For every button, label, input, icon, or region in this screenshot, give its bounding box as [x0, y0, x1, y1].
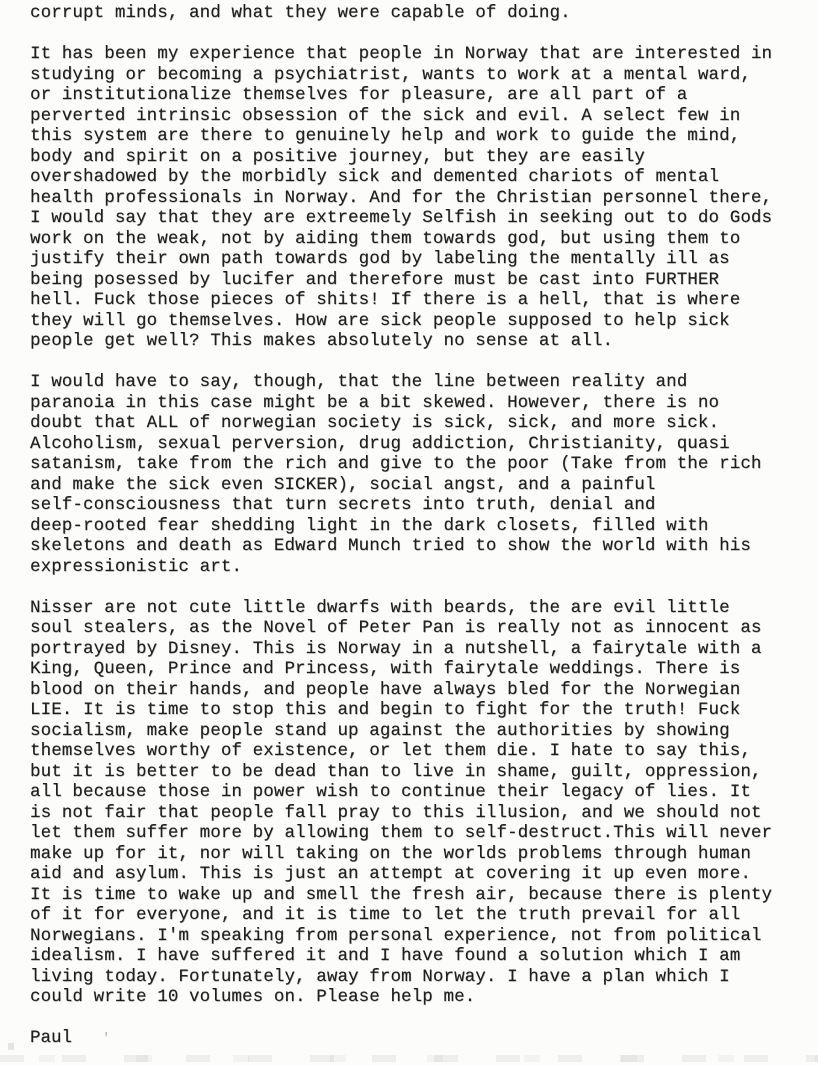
text-line: all because those in power wish to conti…	[30, 782, 812, 803]
text-line: I would say that they are extreemely Sel…	[30, 208, 812, 229]
text-line: King, Queen, Prince and Princess, with f…	[30, 659, 812, 680]
document-body: corrupt minds, and what they were capabl…	[30, 3, 812, 1050]
signature: Paul	[30, 1028, 72, 1048]
text-line: is not fair that people fall pray to thi…	[30, 803, 812, 824]
text-line: but it is better to be dead than to live…	[30, 762, 812, 783]
text-line: Norwegians. I'm speaking from personal e…	[30, 926, 812, 947]
text-line: overshadowed by the morbidly sick and de…	[30, 167, 812, 188]
text-line: I would have to say, though, that the li…	[30, 372, 812, 393]
text-line: themselves worthy of existence, or let t…	[30, 741, 812, 762]
text-line: aid and asylum. This is just an attempt …	[30, 864, 812, 885]
text-line: LIE. It is time to stop this and begin t…	[30, 700, 812, 721]
text-line: of it for everyone, and it is time to le…	[30, 905, 812, 926]
text-line: justify their own path towards god by la…	[30, 249, 812, 270]
text-line: perverted intrinsic obsession of the sic…	[30, 106, 812, 127]
text-line: It is time to wake up and smell the fres…	[30, 885, 812, 906]
text-line: could write 10 volumes on. Please help m…	[30, 987, 812, 1008]
text-line: being posessed by lucifer and therefore …	[30, 270, 812, 291]
text-line: they will go themselves. How are sick pe…	[30, 311, 812, 332]
text-line: and make the sick even SICKER), social a…	[30, 475, 812, 496]
text-line: soul stealers, as the Novel of Peter Pan…	[30, 618, 812, 639]
text-line: It has been my experience that people in…	[30, 44, 812, 65]
text-line: expressionistic art.	[30, 557, 812, 578]
paragraph: It has been my experience that people in…	[30, 44, 812, 352]
text-line: let them suffer more by allowing them to…	[30, 823, 812, 844]
paragraph: corrupt minds, and what they were capabl…	[30, 3, 812, 24]
text-line: paranoia in this case might be a bit ske…	[30, 393, 812, 414]
scan-mark: '	[102, 1029, 110, 1050]
signature-row: Paul'	[30, 1028, 812, 1050]
text-line: or institutionalize themselves for pleas…	[30, 85, 812, 106]
text-line: living today. Fortunately, away from Nor…	[30, 967, 812, 988]
text-line: socialism, make people stand up against …	[30, 721, 812, 742]
text-line: make up for it, nor will taking on the w…	[30, 844, 812, 865]
text-line: this system are there to genuinely help …	[30, 126, 812, 147]
paragraphs-container: corrupt minds, and what they were capabl…	[30, 3, 812, 1008]
text-line: body and spirit on a positive journey, b…	[30, 147, 812, 168]
paragraph: I would have to say, though, that the li…	[30, 372, 812, 577]
scanned-letter-page: corrupt minds, and what they were capabl…	[0, 0, 818, 1065]
scan-artifact-strip	[0, 1055, 818, 1062]
text-line: work on the weak, not by aiding them tow…	[30, 229, 812, 250]
text-line: self-consciousness that turn secrets int…	[30, 495, 812, 516]
text-line: portrayed by Disney. This is Norway in a…	[30, 639, 812, 660]
text-line: corrupt minds, and what they were capabl…	[30, 3, 812, 24]
text-line: health professionals in Norway. And for …	[30, 188, 812, 209]
text-line: people get well? This makes absolutely n…	[30, 331, 812, 352]
text-line: satanism, take from the rich and give to…	[30, 454, 812, 475]
text-line: deep-rooted fear shedding light in the d…	[30, 516, 812, 537]
text-line: blood on their hands, and people have al…	[30, 680, 812, 701]
text-line: idealism. I have suffered it and I have …	[30, 946, 812, 967]
paragraph: Nisser are not cute little dwarfs with b…	[30, 598, 812, 1008]
text-line: doubt that ALL of norwegian society is s…	[30, 413, 812, 434]
text-line: Alcoholism, sexual perversion, drug addi…	[30, 434, 812, 455]
text-line: hell. Fuck those pieces of shits! If the…	[30, 290, 812, 311]
text-line: skeletons and death as Edward Munch trie…	[30, 536, 812, 557]
text-line: studying or becoming a psychiatrist, wan…	[30, 65, 812, 86]
text-line: Nisser are not cute little dwarfs with b…	[30, 598, 812, 619]
